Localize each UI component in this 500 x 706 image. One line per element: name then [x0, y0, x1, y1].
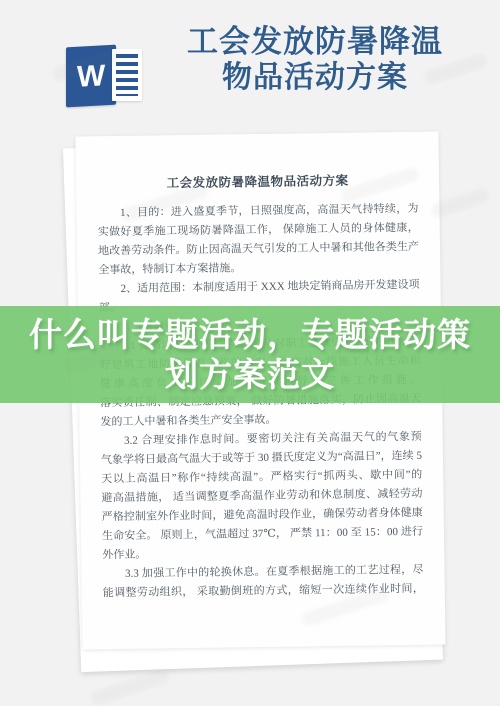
page-title: 工会发放防暑降温 物品活动方案 [150, 24, 480, 95]
document-preview: W 工会发放防暑降温 物品活动方案 工会发放防暑降温物品活动方案 1、目的：进入… [0, 0, 500, 706]
watermark [90, 668, 170, 706]
promo-banner-line1: 什么叫专题活动，专题活动策 [0, 315, 500, 355]
page-title-line1: 工会发放防暑降温 [150, 24, 480, 60]
promo-banner: 什么叫专题活动，专题活动策 划方案范文 [0, 306, 500, 403]
